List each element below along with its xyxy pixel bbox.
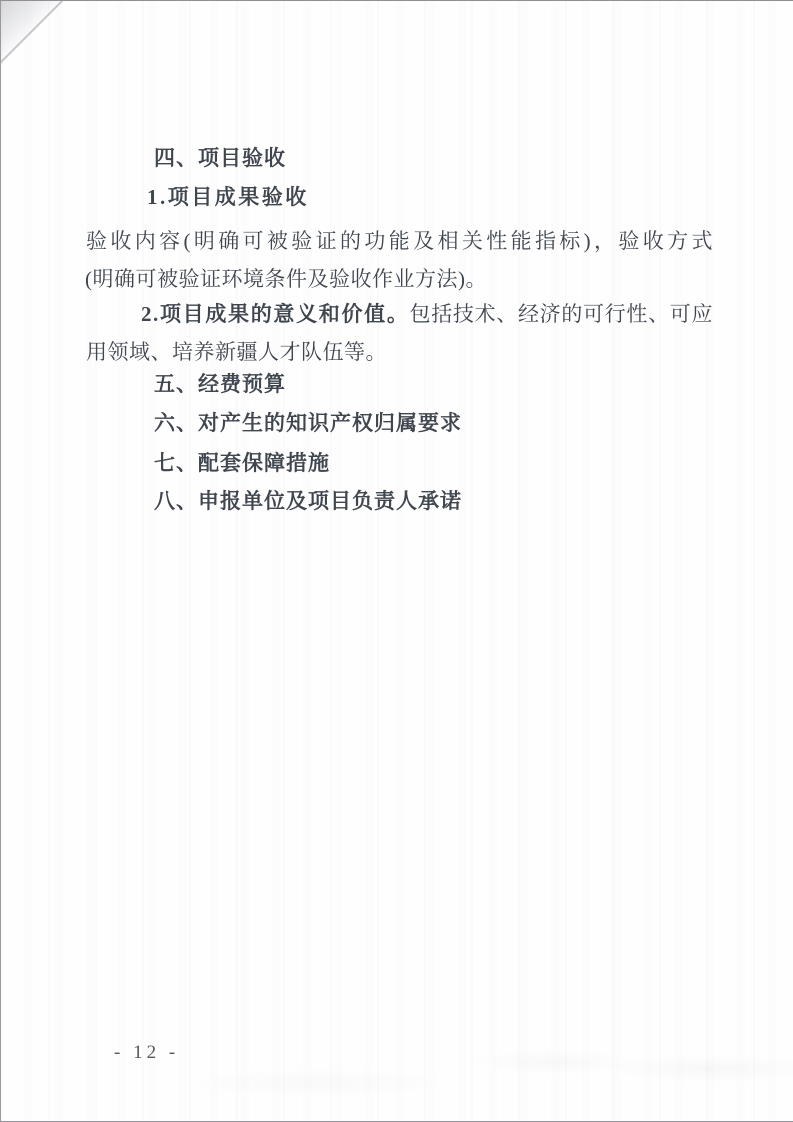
paragraph-2-line-1-rest: 包括技术、经济的可行性、可应 — [410, 302, 713, 326]
paragraph-1-line-2: (明确可被验证环境条件及验收作业方法)。 — [85, 267, 487, 292]
section-heading-6: 六、对产生的知识产权归属要求 — [154, 411, 462, 436]
section-heading-4: 四、项目验收 — [154, 146, 286, 171]
paragraph-1-line-1: 验收内容(明确可被验证的功能及相关性能指标)，验收方式 — [86, 229, 713, 254]
paragraph-2-line-2: 用领域、培养新疆人才队伍等。 — [86, 340, 387, 365]
section-heading-5: 五、经费预算 — [154, 372, 286, 397]
page-corner-fold — [1, 1, 63, 63]
section-heading-7: 七、配套保障措施 — [154, 451, 330, 476]
section-heading-8: 八、申报单位及项目负责人承诺 — [154, 489, 462, 514]
scan-streak-texture — [1, 1, 793, 1121]
paragraph-2-line-1: 2.项目成果的意义和价值。包括技术、经济的可行性、可应 — [86, 302, 713, 327]
page-number: - 12 - — [114, 1042, 179, 1064]
subsection-heading-2: 2.项目成果的意义和价值。 — [141, 302, 410, 326]
subsection-heading-1: 1.项目成果验收 — [147, 185, 309, 210]
scanned-document-page: 四、项目验收 1.项目成果验收 验收内容(明确可被验证的功能及相关性能指标)，验… — [0, 0, 793, 1122]
